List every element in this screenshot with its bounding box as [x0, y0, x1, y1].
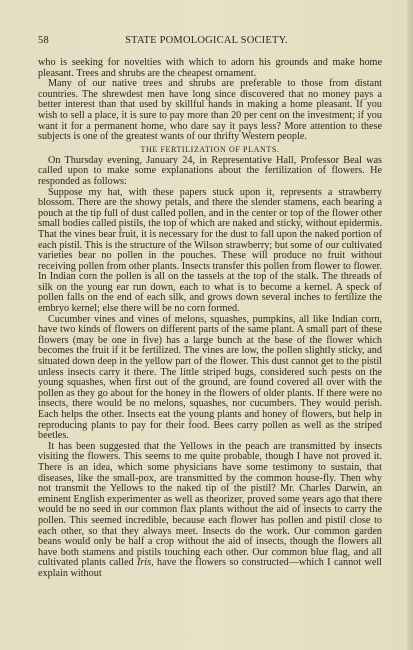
iris-term: Iris, — [137, 557, 154, 568]
paragraph-yellows-text: It has been suggested that the Yellows i… — [38, 441, 382, 569]
page-body: who is seeking for novelties with which … — [38, 58, 382, 580]
paragraph-native-trees: Many of our native trees and shrubs are … — [38, 79, 382, 143]
paragraph-intro: On Thursday evening, January 24, in Repr… — [38, 156, 382, 188]
paragraph-cucumber: Cucumber vines and vines of melons, squa… — [38, 315, 382, 442]
page-edge — [407, 0, 413, 650]
book-page: 58 STATE POMOLOGICAL SOCIETY. who is see… — [0, 0, 413, 650]
paragraph-strawberry: Suppose my hat, with these papers stuck … — [38, 188, 382, 315]
page-header: 58 STATE POMOLOGICAL SOCIETY. — [38, 35, 375, 49]
paragraph-continued: who is seeking for novelties with which … — [38, 58, 382, 79]
section-heading: THE FERTILIZATION OF PLANTS. — [38, 144, 382, 155]
paragraph-yellows: It has been suggested that the Yellows i… — [38, 442, 382, 580]
running-head: STATE POMOLOGICAL SOCIETY. — [38, 35, 375, 46]
